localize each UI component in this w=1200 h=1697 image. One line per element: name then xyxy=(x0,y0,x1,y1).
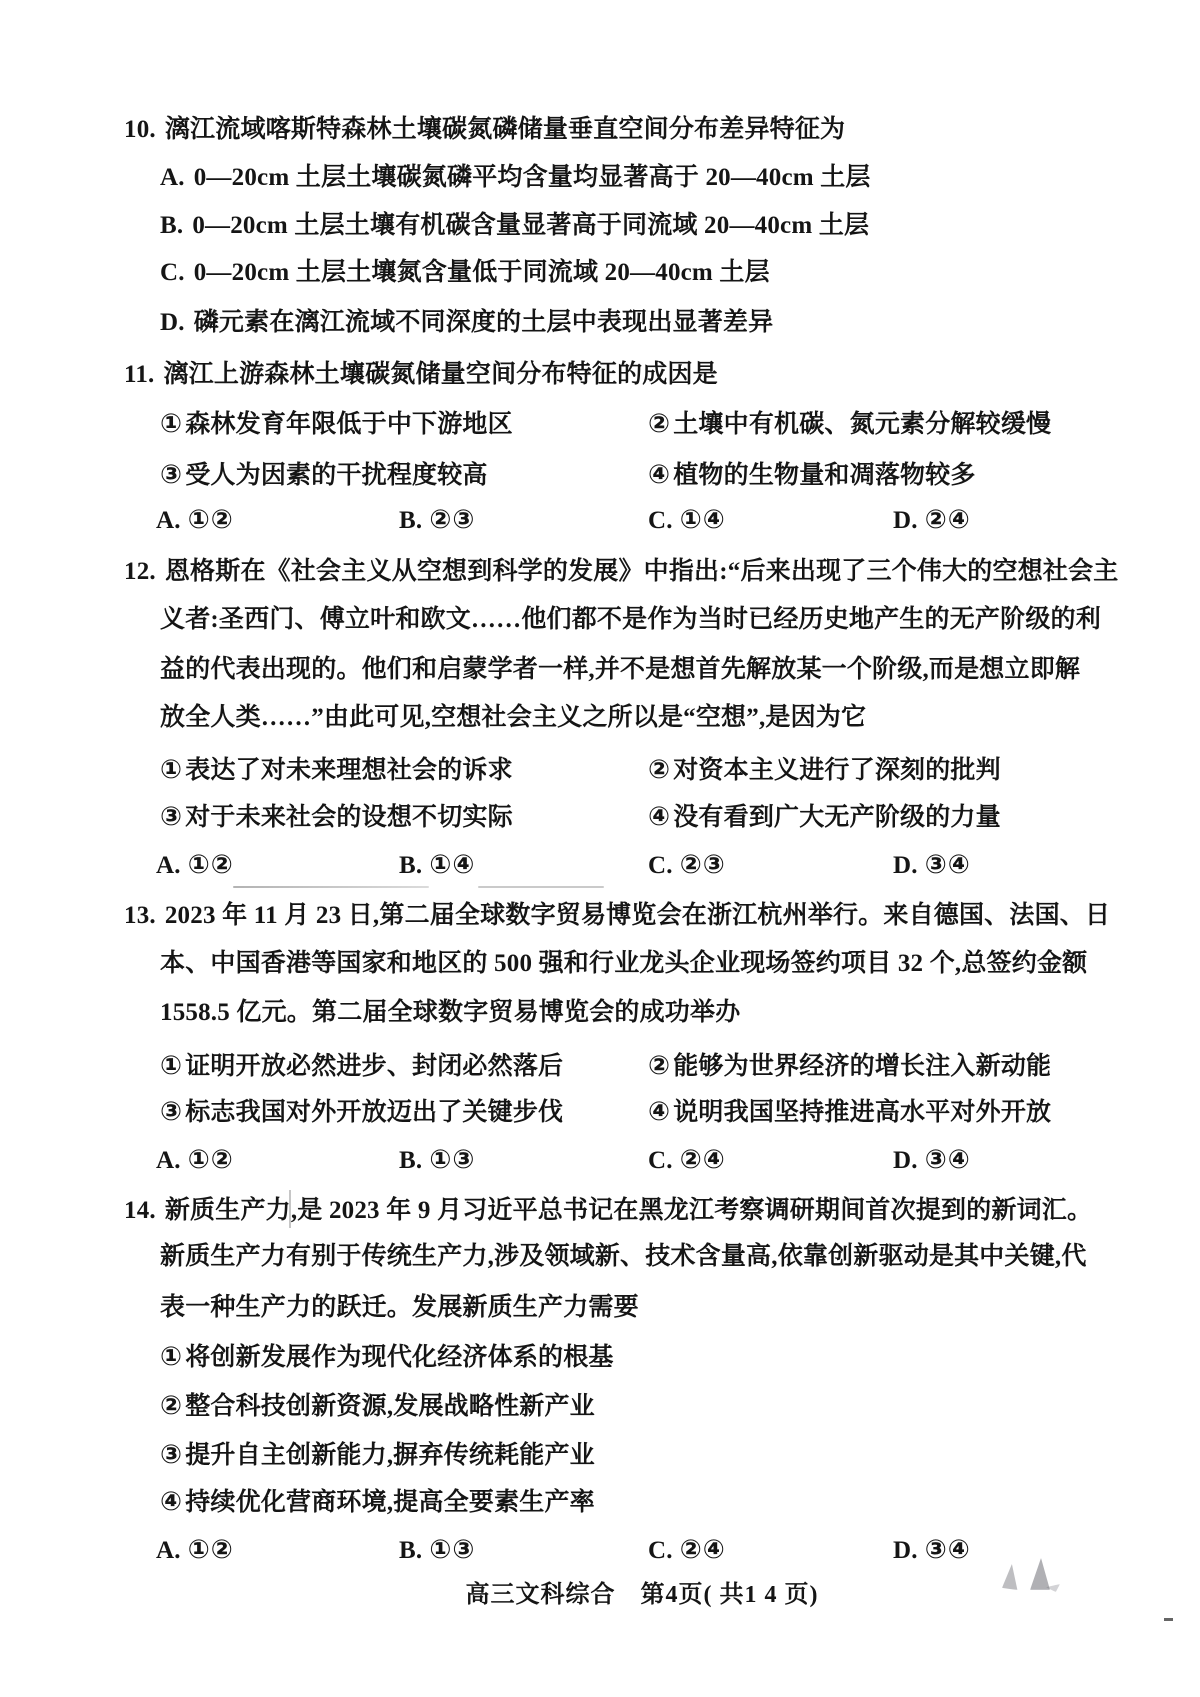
question-10-stem-text: 漓江流域喀斯特森林土壤碳氮磷储量垂直空间分布差异特征为 xyxy=(165,116,845,143)
stem-line-1-text: 2023 年 11 月 23 日,第二届全球数字贸易博览会在浙江杭州举行。来自德… xyxy=(165,902,1110,929)
question-13-statement-2: ②能够为世界经济的增长注入新动能 xyxy=(648,1049,1051,1084)
question-11-number: 11. xyxy=(124,361,154,388)
question-13-number: 13. xyxy=(124,902,156,929)
circled-1-icon: ① xyxy=(160,755,182,784)
choice-d-label: D. xyxy=(893,852,918,879)
statement-3-text: 受人为因素的干扰程度较高 xyxy=(185,462,487,489)
stem-line-1-text: 恩格斯在《社会主义从空想到科学的发展》中指出:“后来出现了三个伟大的空想社会主 xyxy=(165,558,1119,585)
question-13-choice-c: C.②④ xyxy=(648,1143,726,1178)
statement-1-text: 将创新发展作为现代化经济体系的根基 xyxy=(185,1344,613,1371)
question-10-option-c: C.0—20cm 土层土壤氮含量低于同流域 20—40cm 土层 xyxy=(160,256,770,290)
choice-a-label: A. xyxy=(156,1147,181,1174)
circled-3-icon: ③ xyxy=(160,1097,182,1126)
choice-c-label: C. xyxy=(648,507,673,534)
question-12-statement-1: ①表达了对未来理想社会的诉求 xyxy=(160,753,513,788)
choice-b-label: B. xyxy=(399,852,422,879)
choice-c-nums: ②④ xyxy=(680,1535,726,1564)
question-12-choice-d: D.③④ xyxy=(893,848,971,883)
circled-3-icon: ③ xyxy=(160,802,182,831)
question-13-stem-line-1: 13.2023 年 11 月 23 日,第二届全球数字贸易博览会在浙江杭州举行。… xyxy=(124,899,1110,933)
circled-2-icon: ② xyxy=(648,409,670,438)
question-13-choice-b: B.①③ xyxy=(399,1143,475,1178)
question-10-number: 10. xyxy=(124,116,156,143)
question-10-option-a: A.0—20cm 土层土壤碳氮磷平均含量均显著高于 20—40cm 土层 xyxy=(160,161,871,195)
choice-d-label: D. xyxy=(893,1147,918,1174)
question-14-choice-b: B.①③ xyxy=(399,1533,475,1568)
statement-3-text: 对于未来社会的设想不切实际 xyxy=(185,804,513,831)
choice-b-label: B. xyxy=(399,1147,422,1174)
statement-2-text: 能够为世界经济的增长注入新动能 xyxy=(673,1053,1051,1080)
option-c-text: 0—20cm 土层土壤氮含量低于同流域 20—40cm 土层 xyxy=(194,259,770,286)
choice-d-label: D. xyxy=(893,507,918,534)
scan-vertical-mark xyxy=(289,1190,291,1228)
question-13-statement-4: ④说明我国坚持推进高水平对外开放 xyxy=(648,1095,1051,1130)
question-11-choice-c: C.①④ xyxy=(648,503,726,538)
question-12-statement-4: ④没有看到广大无产阶级的力量 xyxy=(648,800,1001,835)
statement-4-text: 说明我国坚持推进高水平对外开放 xyxy=(673,1099,1051,1126)
stem-line-1-text: 新质生产力,是 2023 年 9 月习近平总书记在黑龙江考察调研期间首次提到的新… xyxy=(165,1197,1092,1224)
question-10-option-b: B.0—20cm 土层土壤有机碳含量显著高于同流域 20—40cm 土层 xyxy=(160,209,869,243)
question-12-choice-a: A.①② xyxy=(156,848,234,883)
question-10-stem: 10.漓江流域喀斯特森林土壤碳氮磷储量垂直空间分布差异特征为 xyxy=(124,113,845,147)
choice-a-nums: ①② xyxy=(188,505,234,534)
choice-b-label: B. xyxy=(399,507,422,534)
question-12-stem-line-1: 12.恩格斯在《社会主义从空想到科学的发展》中指出:“后来出现了三个伟大的空想社… xyxy=(124,555,1119,589)
circled-4-icon: ④ xyxy=(648,802,670,831)
choice-d-label: D. xyxy=(893,1537,918,1564)
question-12-choice-c: C.②③ xyxy=(648,848,726,883)
option-a-label: A. xyxy=(160,164,185,191)
choice-a-nums: ①② xyxy=(188,1145,234,1174)
question-11-statement-3: ③受人为因素的干扰程度较高 xyxy=(160,458,488,493)
circled-3-icon: ③ xyxy=(160,460,182,489)
page-footer: 高三文科综合 第4页( 共1 4 页) xyxy=(42,1574,1200,1609)
scan-dash-mark xyxy=(1164,1618,1173,1621)
question-12-statement-3: ③对于未来社会的设想不切实际 xyxy=(160,800,513,835)
question-14-choice-c: C.②④ xyxy=(648,1533,726,1568)
question-14-statement-1: ①将创新发展作为现代化经济体系的根基 xyxy=(160,1340,614,1375)
question-13-stem-line-3: 1558.5 亿元。第二届全球数字贸易博览会的成功举办 xyxy=(160,996,740,1030)
statement-2-text: 整合科技创新资源,发展战略性新产业 xyxy=(185,1393,595,1420)
option-c-label: C. xyxy=(160,259,185,286)
circled-4-icon: ④ xyxy=(648,1097,670,1126)
circled-4-icon: ④ xyxy=(648,460,670,489)
question-14-statement-2: ②整合科技创新资源,发展战略性新产业 xyxy=(160,1389,595,1424)
question-11-stem: 11.漓江上游森林土壤碳氮储量空间分布特征的成因是 xyxy=(124,358,718,392)
option-d-text: 磷元素在漓江流域不同深度的土层中表现出显著差异 xyxy=(194,309,774,336)
question-11-choice-b: B.②③ xyxy=(399,503,475,538)
choice-d-nums: ③④ xyxy=(925,1535,971,1564)
question-10-option-d: D.磷元素在漓江流域不同深度的土层中表现出显著差异 xyxy=(160,306,773,340)
statement-3-text: 标志我国对外开放迈出了关键步伐 xyxy=(185,1099,563,1126)
question-11-choice-d: D.②④ xyxy=(893,503,971,538)
statement-1-text: 表达了对未来理想社会的诉求 xyxy=(185,757,513,784)
choice-c-nums: ②④ xyxy=(680,1145,726,1174)
question-11-statement-2: ②土壤中有机碳、氮元素分解较缓慢 xyxy=(648,407,1051,442)
choice-c-nums: ①④ xyxy=(680,505,726,534)
question-14-stem-line-2: 新质生产力有别于传统生产力,涉及领域新、技术含量高,依靠创新驱动是其中关键,代 xyxy=(160,1240,1087,1274)
question-11-statement-4: ④植物的生物量和凋落物较多 xyxy=(648,458,976,493)
statement-1-text: 证明开放必然进步、封闭必然落后 xyxy=(185,1053,563,1080)
question-13-choice-a: A.①② xyxy=(156,1143,234,1178)
choice-d-nums: ②④ xyxy=(925,505,971,534)
question-12-stem-line-3: 益的代表出现的。他们和启蒙学者一样,并不是想首先解放某一个阶级,而是想立即解 xyxy=(160,653,1080,687)
circled-4-icon: ④ xyxy=(160,1487,182,1516)
circled-2-icon: ② xyxy=(648,1051,670,1080)
circled-3-icon: ③ xyxy=(160,1440,182,1469)
option-d-label: D. xyxy=(160,309,185,336)
statement-1-text: 森林发育年限低于中下游地区 xyxy=(185,411,513,438)
option-a-text: 0—20cm 土层土壤碳氮磷平均含量均显著高于 20—40cm 土层 xyxy=(194,164,871,191)
question-13-stem-line-2: 本、中国香港等国家和地区的 500 强和行业龙头企业现场签约项目 32 个,总签… xyxy=(160,947,1087,981)
choice-b-nums: ①③ xyxy=(429,1145,475,1174)
choice-c-label: C. xyxy=(648,852,673,879)
scan-underline-artifact xyxy=(478,886,604,888)
circled-2-icon: ② xyxy=(160,1391,182,1420)
choice-c-label: C. xyxy=(648,1537,673,1564)
circled-1-icon: ① xyxy=(160,1051,182,1080)
question-14-number: 14. xyxy=(124,1197,156,1224)
question-13-choice-d: D.③④ xyxy=(893,1143,971,1178)
question-14-statement-3: ③提升自主创新能力,摒弃传统耗能产业 xyxy=(160,1438,595,1473)
question-13-statement-3: ③标志我国对外开放迈出了关键步伐 xyxy=(160,1095,563,1130)
question-11-choice-a: A.①② xyxy=(156,503,234,538)
choice-d-nums: ③④ xyxy=(925,850,971,879)
choice-b-nums: ①③ xyxy=(429,1535,475,1564)
question-14-choice-a: A.①② xyxy=(156,1533,234,1568)
choice-a-nums: ①② xyxy=(188,1535,234,1564)
circled-2-icon: ② xyxy=(648,755,670,784)
question-12-choice-b: B.①④ xyxy=(399,848,475,883)
statement-2-text: 对资本主义进行了深刻的批判 xyxy=(673,757,1001,784)
choice-a-label: A. xyxy=(156,507,181,534)
option-b-label: B. xyxy=(160,212,183,239)
question-12-stem-line-2: 义者:圣西门、傅立叶和欧文……他们都不是作为当时已经历史地产生的无产阶级的利 xyxy=(160,603,1101,637)
question-14-choice-d: D.③④ xyxy=(893,1533,971,1568)
choice-d-nums: ③④ xyxy=(925,1145,971,1174)
question-11-stem-text: 漓江上游森林土壤碳氮储量空间分布特征的成因是 xyxy=(163,361,717,388)
circled-1-icon: ① xyxy=(160,409,182,438)
choice-a-label: A. xyxy=(156,852,181,879)
question-14-statement-4: ④持续优化营商环境,提高全要素生产率 xyxy=(160,1485,595,1520)
choice-b-nums: ①④ xyxy=(429,850,475,879)
question-12-statement-2: ②对资本主义进行了深刻的批判 xyxy=(648,753,1001,788)
question-14-stem-line-3: 表一种生产力的跃迁。发展新质生产力需要 xyxy=(160,1291,639,1325)
exam-page: 10.漓江流域喀斯特森林土壤碳氮磷储量垂直空间分布差异特征为 A.0—20cm … xyxy=(0,0,1200,1697)
choice-a-label: A. xyxy=(156,1537,181,1564)
statement-3-text: 提升自主创新能力,摒弃传统耗能产业 xyxy=(185,1442,595,1469)
question-11-statement-1: ①森林发育年限低于中下游地区 xyxy=(160,407,513,442)
choice-b-nums: ②③ xyxy=(429,505,475,534)
question-13-statement-1: ①证明开放必然进步、封闭必然落后 xyxy=(160,1049,563,1084)
question-12-stem-line-4: 放全人类……”由此可见,空想社会主义之所以是“空想”,是因为它 xyxy=(160,701,866,735)
statement-4-text: 持续优化营商环境,提高全要素生产率 xyxy=(185,1489,595,1516)
choice-a-nums: ①② xyxy=(188,850,234,879)
circled-1-icon: ① xyxy=(160,1342,182,1371)
option-b-text: 0—20cm 土层土壤有机碳含量显著高于同流域 20—40cm 土层 xyxy=(192,212,869,239)
choice-c-label: C. xyxy=(648,1147,673,1174)
statement-4-text: 植物的生物量和凋落物较多 xyxy=(673,462,975,489)
question-14-stem-line-1: 14.新质生产力,是 2023 年 9 月习近平总书记在黑龙江考察调研期间首次提… xyxy=(124,1194,1092,1228)
statement-2-text: 土壤中有机碳、氮元素分解较缓慢 xyxy=(673,411,1051,438)
choice-b-label: B. xyxy=(399,1537,422,1564)
question-12-number: 12. xyxy=(124,558,156,585)
choice-c-nums: ②③ xyxy=(680,850,726,879)
statement-4-text: 没有看到广大无产阶级的力量 xyxy=(673,804,1001,831)
scan-underline-artifact xyxy=(233,886,429,888)
